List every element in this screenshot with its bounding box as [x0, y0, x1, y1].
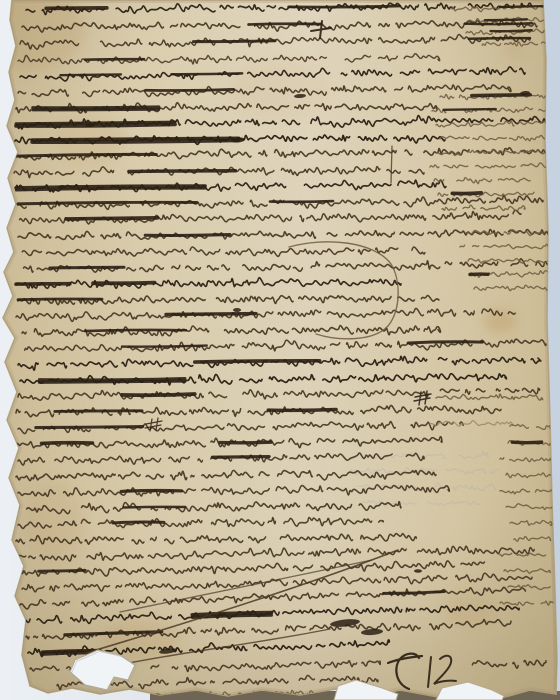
- strikethrough: [129, 171, 236, 172]
- strikethrough: [39, 379, 185, 380]
- strikethrough: [42, 443, 93, 444]
- strikethrough: [145, 235, 230, 236]
- strikethrough: [124, 507, 186, 508]
- strikethrough: [32, 140, 238, 142]
- strikethrough: [93, 283, 155, 284]
- strikethrough: [193, 41, 275, 42]
- strikethrough: [39, 570, 86, 571]
- strikethrough: [50, 267, 124, 268]
- strikethrough: [16, 124, 175, 126]
- strikethrough: [444, 109, 496, 110]
- strikethrough: [39, 381, 185, 382]
- strikethrough: [500, 6, 543, 7]
- strikethrough: [33, 109, 159, 110]
- strikethrough: [270, 201, 333, 202]
- strikethrough: [220, 442, 271, 443]
- strikethrough: [195, 361, 320, 362]
- strikethrough: [122, 394, 195, 395]
- strikethrough: [122, 346, 207, 347]
- strikethrough: [469, 38, 530, 39]
- ink-blot: [414, 569, 422, 573]
- strikethrough: [121, 490, 181, 491]
- strikethrough: [55, 411, 142, 412]
- strikethrough: [452, 193, 481, 194]
- strikethrough: [18, 299, 102, 300]
- strikethrough: [145, 89, 233, 90]
- strikethrough: [289, 6, 400, 7]
- strikethrough: [85, 330, 186, 331]
- strikethrough: [485, 19, 527, 20]
- manuscript-scan-svg: [0, 0, 560, 700]
- strikethrough: [212, 457, 269, 458]
- strikethrough: [18, 202, 197, 204]
- strikethrough: [408, 342, 482, 343]
- strikethrough: [33, 107, 159, 108]
- strikethrough: [465, 23, 532, 24]
- strikethrough: [512, 442, 541, 443]
- ink-blot: [233, 308, 241, 312]
- strikethrough: [60, 74, 121, 75]
- strikethrough: [67, 218, 158, 219]
- strikethrough: [166, 314, 256, 315]
- strikethrough: [16, 154, 156, 156]
- strikethrough: [113, 522, 164, 523]
- page-content: [0, 0, 560, 700]
- strikethrough: [472, 95, 530, 96]
- strikethrough: [172, 73, 243, 74]
- manuscript-page: [0, 0, 560, 700]
- strikethrough: [268, 409, 336, 410]
- strikethrough: [249, 24, 321, 25]
- strikethrough: [491, 30, 532, 31]
- strikethrough: [36, 427, 143, 428]
